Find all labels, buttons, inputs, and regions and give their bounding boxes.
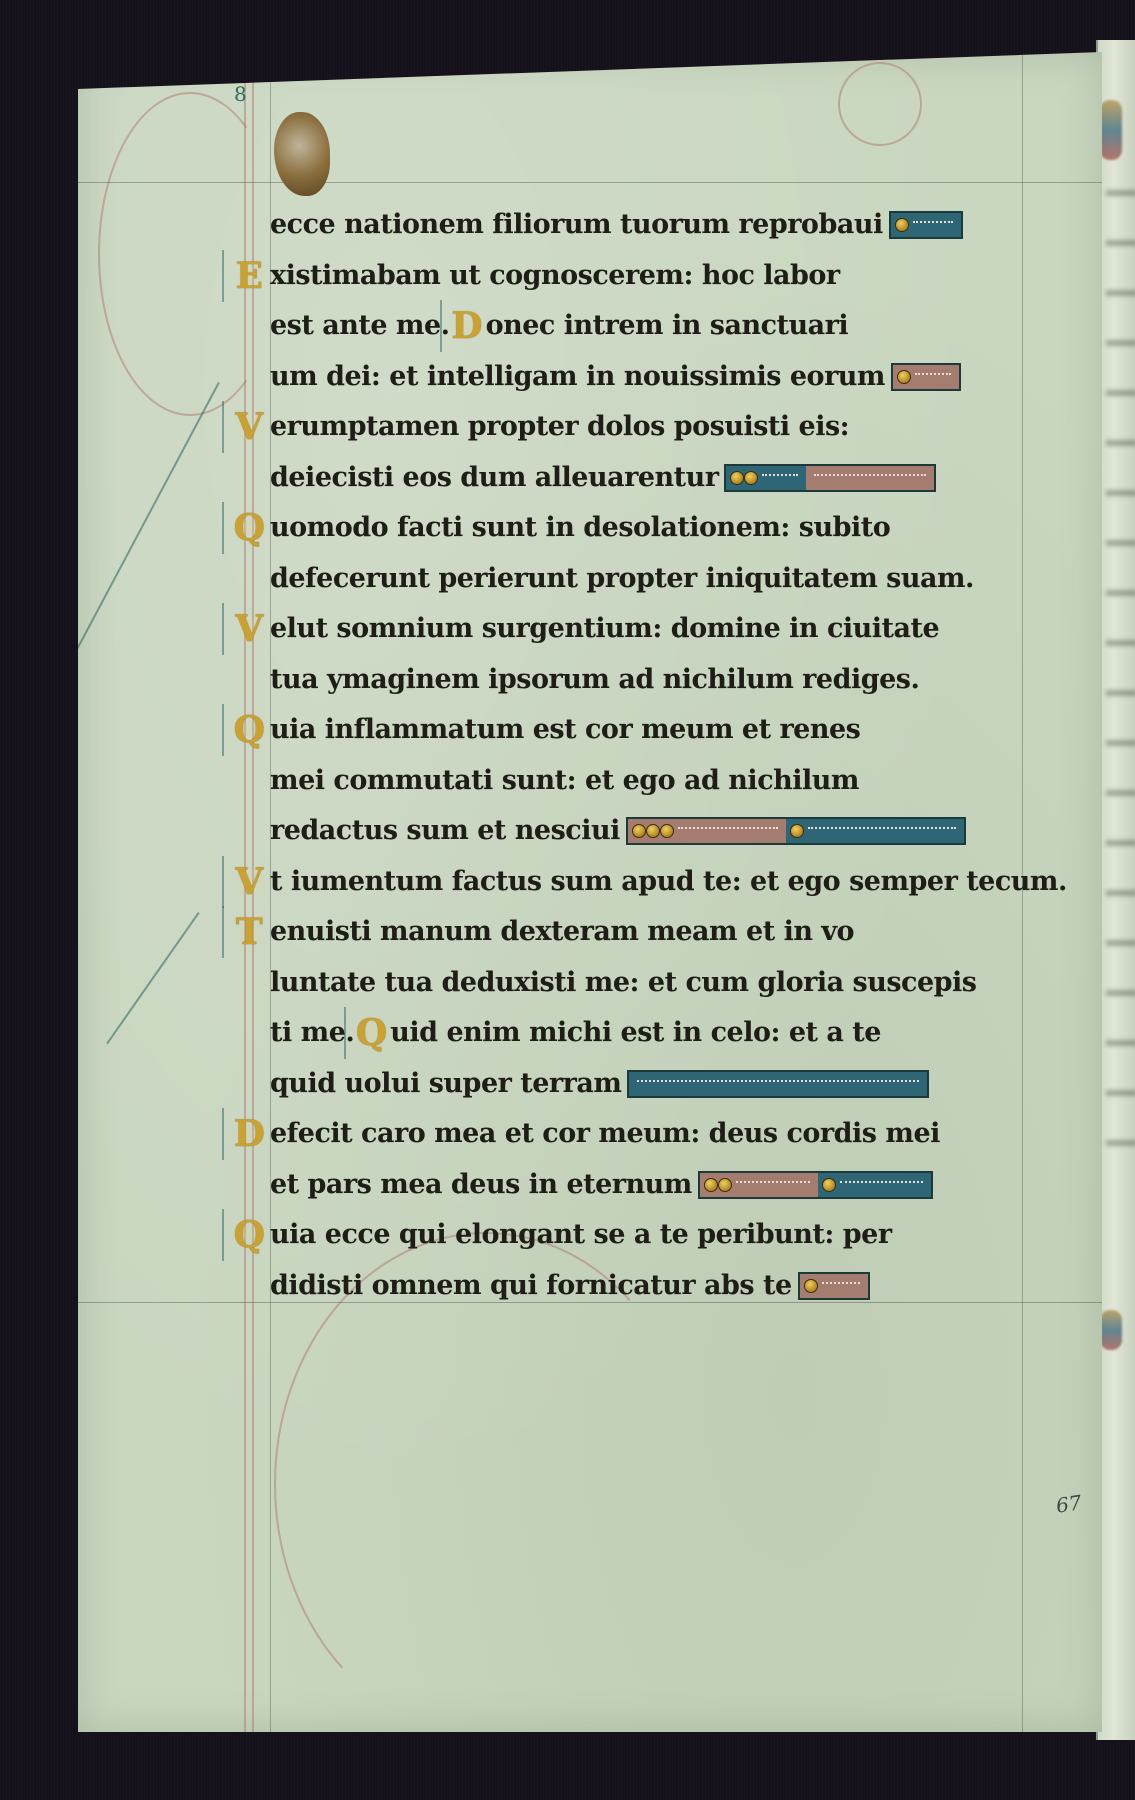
adjacent-text-line xyxy=(1106,690,1135,696)
adjacent-text-line xyxy=(1106,840,1135,846)
gold-dot-icon xyxy=(897,370,911,384)
gold-dot-icon xyxy=(790,824,804,838)
wave-pattern xyxy=(915,373,951,381)
wave-pattern xyxy=(736,1181,810,1189)
line-filler-bar xyxy=(724,464,936,492)
manuscript-page: 8 67 ecce nationem filiorum tuorum repro… xyxy=(78,52,1102,1732)
adjacent-text-line xyxy=(1106,190,1135,196)
text-line: ecce nationem filiorum tuorum reprobaui xyxy=(270,200,1110,251)
text-line: ti me. Quid enim michi est in celo: et a… xyxy=(270,1008,1110,1059)
text-line: Velut somnium surgentium: domine in ciui… xyxy=(270,604,1110,655)
gold-dot-icon xyxy=(730,471,744,485)
gold-dot-icon xyxy=(660,824,674,838)
gold-dot-icon xyxy=(646,824,660,838)
line-text: elut somnium surgentium: domine in ciuit… xyxy=(270,604,939,655)
gold-dot-icon xyxy=(822,1178,836,1192)
text-line: quid uolui super terram xyxy=(270,1059,1110,1110)
text-line: Verumptamen propter dolos posuisti eis: xyxy=(270,402,1110,453)
wave-pattern xyxy=(637,1080,919,1088)
text-line: et pars mea deus in eternum xyxy=(270,1160,1110,1211)
gilded-initial: Q xyxy=(232,1215,266,1255)
line-filler-bar xyxy=(698,1171,933,1199)
line-text: uomodo facti sunt in desolationem: subit… xyxy=(270,503,890,554)
line-text: didisti omnem qui fornicatur abs te xyxy=(270,1261,792,1312)
adjacent-text-line xyxy=(1106,940,1135,946)
line-text: deiecisti eos dum alleuarentur xyxy=(270,453,718,504)
text-block: ecce nationem filiorum tuorum reprobauiE… xyxy=(270,200,1110,1311)
adjacent-text-line xyxy=(1106,1090,1135,1096)
adjacent-text-line xyxy=(1106,890,1135,896)
wave-pattern xyxy=(822,1282,860,1290)
line-filler-bar xyxy=(889,211,963,239)
adjacent-text-line xyxy=(1106,240,1135,246)
line-filler-segment-pink xyxy=(893,365,959,389)
gilded-initial: E xyxy=(232,256,266,296)
gold-dot-icon xyxy=(632,824,646,838)
text-line: est ante me. Donec intrem in sanctuari xyxy=(270,301,1110,352)
adjacent-text-line xyxy=(1106,340,1135,346)
adjacent-page-ornament xyxy=(1100,100,1122,160)
adjacent-text-line xyxy=(1106,740,1135,746)
wave-pattern xyxy=(678,827,778,835)
line-text: um dei: et intelligam in nouissimis eoru… xyxy=(270,352,885,403)
wave-pattern xyxy=(762,474,798,482)
gilded-initial: V xyxy=(232,862,266,902)
gilded-initial: Q xyxy=(232,508,266,548)
adjacent-page-ornament xyxy=(1100,1310,1122,1350)
line-text: ti me. xyxy=(270,1008,354,1059)
wave-pattern xyxy=(840,1181,923,1189)
line-text: est ante me. xyxy=(270,301,450,352)
adjacent-text-line xyxy=(1106,540,1135,546)
line-text: erumptamen propter dolos posuisti eis: xyxy=(270,402,849,453)
text-line: defecerunt perierunt propter iniquitatem… xyxy=(270,554,1110,605)
wax-stain xyxy=(274,112,330,196)
adjacent-text-line xyxy=(1106,640,1135,646)
line-text: xistimabam ut cognoscerem: hoc labor xyxy=(270,251,840,302)
text-line: Defecit caro mea et cor meum: deus cordi… xyxy=(270,1109,1110,1160)
pen-flourish xyxy=(98,92,282,416)
line-text: mei commutati sunt: et ego ad nichilum xyxy=(270,756,859,807)
text-line: Quia ecce qui elongant se a te peribunt:… xyxy=(270,1210,1110,1261)
text-line: Existimabam ut cognoscerem: hoc labor xyxy=(270,251,1110,302)
adjacent-text-line xyxy=(1106,490,1135,496)
gold-dot-icon xyxy=(804,1279,818,1293)
line-text: uia ecce qui elongant se a te peribunt: … xyxy=(270,1210,892,1261)
line-filler-segment-pink xyxy=(806,466,934,490)
line-filler-segment-blue xyxy=(786,819,964,843)
text-line: Tenuisti manum dexteram meam et in vo xyxy=(270,907,1110,958)
pen-flourish xyxy=(838,62,922,146)
gilded-initial: Q xyxy=(354,1013,388,1053)
gilded-initial: D xyxy=(450,306,484,346)
line-filler-bar xyxy=(627,1070,929,1098)
folio-number: 67 xyxy=(1054,1490,1083,1517)
adjacent-text-line xyxy=(1106,590,1135,596)
gilded-initial: D xyxy=(232,1114,266,1154)
gold-dot-icon xyxy=(704,1178,718,1192)
line-filler-segment-blue xyxy=(818,1173,931,1197)
gold-dot-icon xyxy=(744,471,758,485)
line-filler-bar xyxy=(626,817,966,845)
text-line: Vt iumentum factus sum apud te: et ego s… xyxy=(270,857,1110,908)
line-filler-segment-pink xyxy=(700,1173,818,1197)
line-text: et pars mea deus in eternum xyxy=(270,1160,692,1211)
line-text: tua ymaginem ipsorum ad nichilum rediges… xyxy=(270,655,919,706)
gilded-initial: T xyxy=(232,912,266,952)
line-text: onec intrem in sanctuari xyxy=(486,301,849,352)
line-filler-segment-pink xyxy=(800,1274,868,1298)
text-line: luntate tua deduxisti me: et cum gloria … xyxy=(270,958,1110,1009)
wave-pattern xyxy=(913,221,953,229)
gilded-initial: Q xyxy=(232,710,266,750)
line-filler-segment-pink xyxy=(628,819,786,843)
text-line: redactus sum et nesciui xyxy=(270,806,1110,857)
line-filler-bar xyxy=(798,1272,870,1300)
adjacent-text-line xyxy=(1106,1140,1135,1146)
green-pen-flourish xyxy=(106,912,199,1044)
text-line: um dei: et intelligam in nouissimis eoru… xyxy=(270,352,1110,403)
adjacent-text-line xyxy=(1106,390,1135,396)
line-text: redactus sum et nesciui xyxy=(270,806,620,857)
line-text: defecerunt perierunt propter iniquitatem… xyxy=(270,554,974,605)
line-text: enuisti manum dexteram meam et in vo xyxy=(270,907,854,958)
gold-dot-icon xyxy=(718,1178,732,1192)
line-text: t iumentum factus sum apud te: et ego se… xyxy=(270,857,1067,908)
line-text: uid enim michi est in celo: et a te xyxy=(390,1008,881,1059)
line-text: luntate tua deduxisti me: et cum gloria … xyxy=(270,958,977,1009)
adjacent-text-line xyxy=(1106,440,1135,446)
wave-pattern xyxy=(808,827,956,835)
text-line: Quia inflammatum est cor meum et renes xyxy=(270,705,1110,756)
line-text: efecit caro mea et cor meum: deus cordis… xyxy=(270,1109,940,1160)
adjacent-text-line xyxy=(1106,290,1135,296)
gilded-initial: V xyxy=(232,407,266,447)
text-line: tua ymaginem ipsorum ad nichilum rediges… xyxy=(270,655,1110,706)
wave-pattern xyxy=(814,474,926,482)
line-filler-segment-blue xyxy=(726,466,806,490)
text-line: Quomodo facti sunt in desolationem: subi… xyxy=(270,503,1110,554)
adjacent-text-line xyxy=(1106,990,1135,996)
gilded-initial: V xyxy=(232,609,266,649)
adjacent-text-line xyxy=(1106,790,1135,796)
text-line: deiecisti eos dum alleuarentur xyxy=(270,453,1110,504)
gold-dot-icon xyxy=(895,218,909,232)
line-text: uia inflammatum est cor meum et renes xyxy=(270,705,860,756)
line-filler-segment-blue xyxy=(891,213,961,237)
line-text: ecce nationem filiorum tuorum reprobaui xyxy=(270,200,883,251)
line-text: quid uolui super terram xyxy=(270,1059,621,1110)
text-line: mei commutati sunt: et ego ad nichilum xyxy=(270,756,1110,807)
quire-mark: 8 xyxy=(234,82,247,106)
adjacent-text-line xyxy=(1106,1040,1135,1046)
line-filler-bar xyxy=(891,363,961,391)
line-filler-segment-blue xyxy=(629,1072,927,1096)
text-line: didisti omnem qui fornicatur abs te xyxy=(270,1261,1110,1312)
